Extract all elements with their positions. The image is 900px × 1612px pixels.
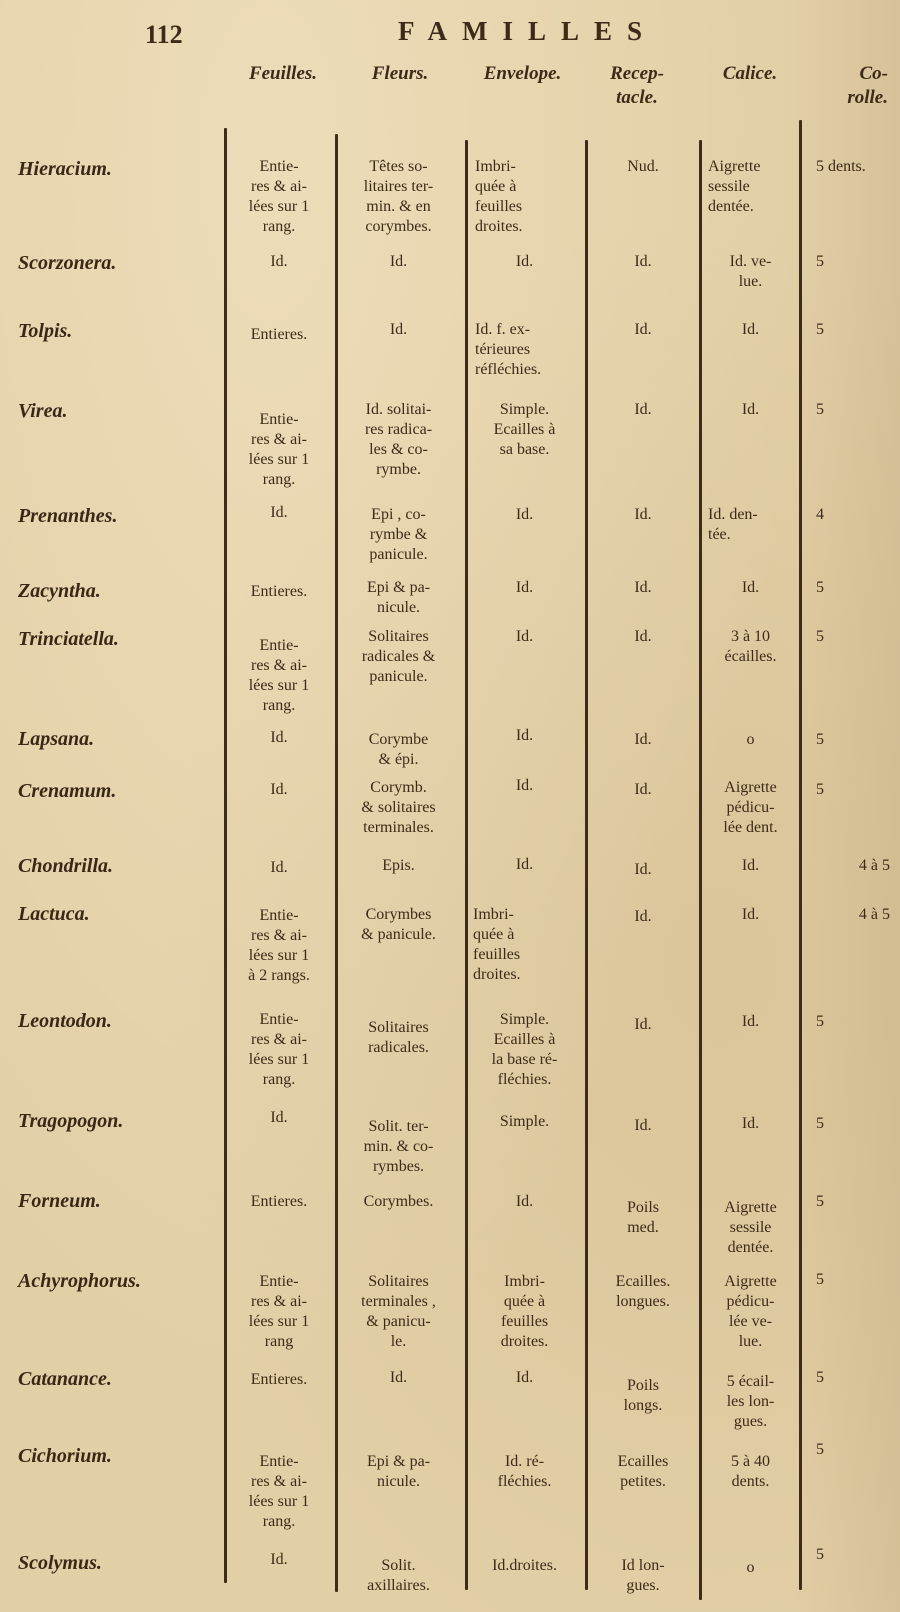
cell-receptacle: Ecailles petites. bbox=[588, 1452, 698, 1492]
cell-calice: Id. bbox=[702, 905, 799, 925]
cell-receptacle: Id. bbox=[588, 1015, 698, 1035]
page-number: 112 bbox=[145, 20, 183, 50]
genus-name: Achyrophorus. bbox=[18, 1270, 141, 1293]
cell-feuilles: Entieres. bbox=[228, 325, 330, 345]
cell-receptacle: Id. bbox=[588, 860, 698, 880]
cell-feuilles: Entieres. bbox=[228, 582, 330, 602]
cell-calice: Id. ve- lue. bbox=[702, 252, 799, 292]
genus-name: Lapsana. bbox=[18, 728, 94, 751]
cell-receptacle: Id. bbox=[588, 1116, 698, 1136]
running-title: FAMILLES bbox=[398, 16, 657, 47]
cell-calice: Aigrette pédicu- lée dent. bbox=[702, 778, 799, 838]
cell-receptacle: Poils longs. bbox=[588, 1376, 698, 1416]
cell-enveloppe: Id. bbox=[467, 627, 582, 647]
cell-corolle: 5 bbox=[806, 1368, 900, 1388]
cell-fleurs: Id. bbox=[336, 320, 461, 340]
cell-enveloppe: Imbri- quée à feuilles droites. bbox=[467, 157, 590, 237]
cell-fleurs: Id. bbox=[336, 1368, 461, 1388]
cell-corolle: 4 bbox=[806, 505, 900, 525]
cell-enveloppe: Id. bbox=[467, 726, 582, 746]
cell-enveloppe: Id. bbox=[467, 776, 582, 796]
cell-enveloppe: Id. bbox=[467, 578, 582, 598]
cell-feuilles: Entie- res & ai- lées sur 1 rang. bbox=[228, 157, 330, 237]
cell-feuilles: Entie- res & ai- lées sur 1 à 2 rangs. bbox=[228, 906, 330, 986]
cell-fleurs: Têtes so- litaires ter- min. & en corymb… bbox=[336, 157, 461, 237]
cell-calice: Id. bbox=[702, 856, 799, 876]
cell-feuilles: Entie- res & ai- lées sur 1 rang. bbox=[228, 1010, 330, 1090]
genus-name: Scorzonera. bbox=[18, 252, 116, 275]
cell-corolle: 4 à 5 bbox=[806, 856, 900, 876]
cell-calice: Id. bbox=[702, 1012, 799, 1032]
cell-enveloppe: Id. ré- fléchies. bbox=[467, 1452, 582, 1492]
cell-fleurs: Corymbes & panicule. bbox=[336, 905, 461, 945]
cell-corolle: 5 bbox=[806, 320, 900, 340]
cell-feuilles: Id. bbox=[228, 252, 330, 272]
cell-feuilles: Entie- res & ai- lées sur 1 rang. bbox=[228, 636, 330, 716]
cell-fleurs: Corymbe & épi. bbox=[336, 730, 461, 770]
cell-enveloppe: Simple. bbox=[467, 1112, 582, 1132]
column-header-fleurs: Fleurs. bbox=[345, 62, 455, 86]
cell-calice: Aigrette pédicu- lée ve- lue. bbox=[702, 1272, 799, 1352]
cell-enveloppe: Simple. Ecailles à sa base. bbox=[467, 400, 582, 460]
cell-corolle: 5 bbox=[806, 627, 900, 647]
column-header-receptacle: Recep- tacle. bbox=[592, 62, 682, 110]
cell-feuilles: Id. bbox=[228, 1550, 330, 1570]
cell-fleurs: Solitaires radicales & panicule. bbox=[336, 627, 461, 687]
cell-calice: Id. bbox=[702, 578, 799, 598]
cell-calice: 3 à 10 écailles. bbox=[702, 627, 799, 667]
column-header-feuilles: Feuilles. bbox=[228, 62, 338, 86]
cell-enveloppe: Id.droites. bbox=[467, 1556, 582, 1576]
cell-receptacle: Ecailles. longues. bbox=[588, 1272, 698, 1312]
cell-corolle: 5 bbox=[806, 252, 900, 272]
cell-fleurs: Id. solitai- res radica- les & co- rymbe… bbox=[336, 400, 461, 480]
cell-fleurs: Epi & pa- nicule. bbox=[336, 578, 461, 618]
column-header-enveloppe: Envelope. bbox=[460, 62, 585, 86]
cell-receptacle: Id. bbox=[588, 730, 698, 750]
genus-name: Leontodon. bbox=[18, 1010, 112, 1033]
cell-corolle: 5 bbox=[806, 578, 900, 598]
cell-fleurs: Epi , co- rymbe & panicule. bbox=[336, 505, 461, 565]
cell-receptacle: Id. bbox=[588, 578, 698, 598]
cell-fleurs: Corymbes. bbox=[336, 1192, 461, 1212]
cell-receptacle: Id. bbox=[588, 505, 698, 525]
cell-fleurs: Epi & pa- nicule. bbox=[336, 1452, 461, 1492]
cell-enveloppe: Id. bbox=[467, 1368, 582, 1388]
genus-name: Tolpis. bbox=[18, 320, 72, 343]
cell-corolle: 5 bbox=[806, 730, 900, 750]
genus-name: Prenanthes. bbox=[18, 505, 117, 528]
cell-enveloppe: Id. f. ex- térieures réfléchies. bbox=[467, 320, 590, 380]
cell-corolle: 5 bbox=[806, 400, 900, 420]
column-rule bbox=[799, 120, 802, 1590]
cell-receptacle: Id. bbox=[588, 780, 698, 800]
cell-enveloppe: Id. bbox=[467, 252, 582, 272]
cell-feuilles: Id. bbox=[228, 1108, 330, 1128]
genus-name: Cichorium. bbox=[18, 1445, 112, 1468]
cell-calice: Aigrette sessile dentée. bbox=[702, 157, 805, 217]
genus-name: Crenamum. bbox=[18, 780, 116, 803]
cell-fleurs: Corymb. & solitaires terminales. bbox=[336, 778, 461, 838]
genus-name: Hieracium. bbox=[18, 158, 112, 181]
cell-calice: Aigrette sessile dentée. bbox=[702, 1198, 799, 1258]
cell-receptacle: Nud. bbox=[588, 157, 698, 177]
cell-feuilles: Id. bbox=[228, 780, 330, 800]
cell-corolle: 5 dents. bbox=[806, 157, 900, 177]
cell-corolle: 5 bbox=[806, 1114, 900, 1134]
cell-corolle: 5 bbox=[806, 1012, 900, 1032]
cell-calice: 5 écail- les lon- gues. bbox=[702, 1372, 799, 1432]
cell-calice: Id. bbox=[702, 1114, 799, 1134]
cell-feuilles: Id. bbox=[228, 858, 330, 878]
cell-receptacle: Id. bbox=[588, 400, 698, 420]
cell-corolle: 5 bbox=[806, 1270, 900, 1290]
cell-corolle: 4 à 5 bbox=[806, 905, 900, 925]
cell-feuilles: Id. bbox=[228, 728, 330, 748]
cell-feuilles: Entie- res & ai- lées sur 1 rang. bbox=[228, 410, 330, 490]
column-header-calice: Calice. bbox=[700, 62, 800, 86]
cell-calice: Id. den- tée. bbox=[702, 505, 805, 545]
cell-feuilles: Entieres. bbox=[228, 1370, 330, 1390]
cell-corolle: 5 bbox=[806, 1545, 900, 1565]
cell-fleurs: Solitaires radicales. bbox=[336, 1018, 461, 1058]
cell-corolle: 5 bbox=[806, 1192, 900, 1212]
cell-enveloppe: Id. bbox=[467, 1192, 582, 1212]
cell-enveloppe: Imbri- quée à feuilles droites. bbox=[467, 905, 588, 985]
cell-enveloppe: Id. bbox=[467, 855, 582, 875]
cell-calice: 5 à 40 dents. bbox=[702, 1452, 799, 1492]
genus-name: Forneum. bbox=[18, 1190, 101, 1213]
cell-receptacle: Id. bbox=[588, 627, 698, 647]
cell-fleurs: Solit. ter- min. & co- rymbes. bbox=[336, 1117, 461, 1177]
column-rule bbox=[224, 128, 227, 1583]
genus-name: Lactuca. bbox=[18, 903, 90, 926]
genus-name: Chondrilla. bbox=[18, 855, 113, 878]
cell-fleurs: Solitaires terminales , & panicu- le. bbox=[336, 1272, 461, 1352]
column-header-corolle: Co- rolle. bbox=[808, 62, 888, 110]
cell-feuilles: Entie- res & ai- lées sur 1 rang. bbox=[228, 1452, 330, 1532]
genus-name: Tragopogon. bbox=[18, 1110, 123, 1133]
cell-corolle: 5 bbox=[806, 780, 900, 800]
genus-name: Catanance. bbox=[18, 1368, 112, 1391]
cell-enveloppe: Imbri- quée à feuilles droites. bbox=[467, 1272, 582, 1352]
cell-calice: Id. bbox=[702, 320, 799, 340]
cell-enveloppe: Simple. Ecailles à la base ré- fléchies. bbox=[467, 1010, 582, 1090]
cell-receptacle: Id. bbox=[588, 252, 698, 272]
book-page: 112 FAMILLES Feuilles. Fleurs. Envelope.… bbox=[0, 0, 900, 1612]
genus-name: Scolymus. bbox=[18, 1552, 102, 1575]
cell-enveloppe: Id. bbox=[467, 505, 582, 525]
cell-feuilles: Entie- res & ai- lées sur 1 rang bbox=[228, 1272, 330, 1352]
cell-fleurs: Epis. bbox=[336, 856, 461, 876]
cell-calice: o bbox=[702, 730, 799, 750]
cell-receptacle: Id. bbox=[588, 907, 698, 927]
cell-receptacle: Id. bbox=[588, 320, 698, 340]
genus-name: Virea. bbox=[18, 400, 67, 423]
cell-corolle: 5 bbox=[806, 1440, 900, 1460]
cell-receptacle: Poils med. bbox=[588, 1198, 698, 1238]
cell-feuilles: Id. bbox=[228, 503, 330, 523]
cell-feuilles: Entieres. bbox=[228, 1192, 330, 1212]
cell-calice: o bbox=[702, 1558, 799, 1578]
cell-receptacle: Id lon- gues. bbox=[588, 1556, 698, 1596]
genus-name: Trinciatella. bbox=[18, 628, 119, 651]
cell-fleurs: Id. bbox=[336, 252, 461, 272]
cell-calice: Id. bbox=[702, 400, 799, 420]
genus-name: Zacyntha. bbox=[18, 580, 101, 603]
cell-fleurs: Solit. axillaires. bbox=[336, 1556, 461, 1596]
